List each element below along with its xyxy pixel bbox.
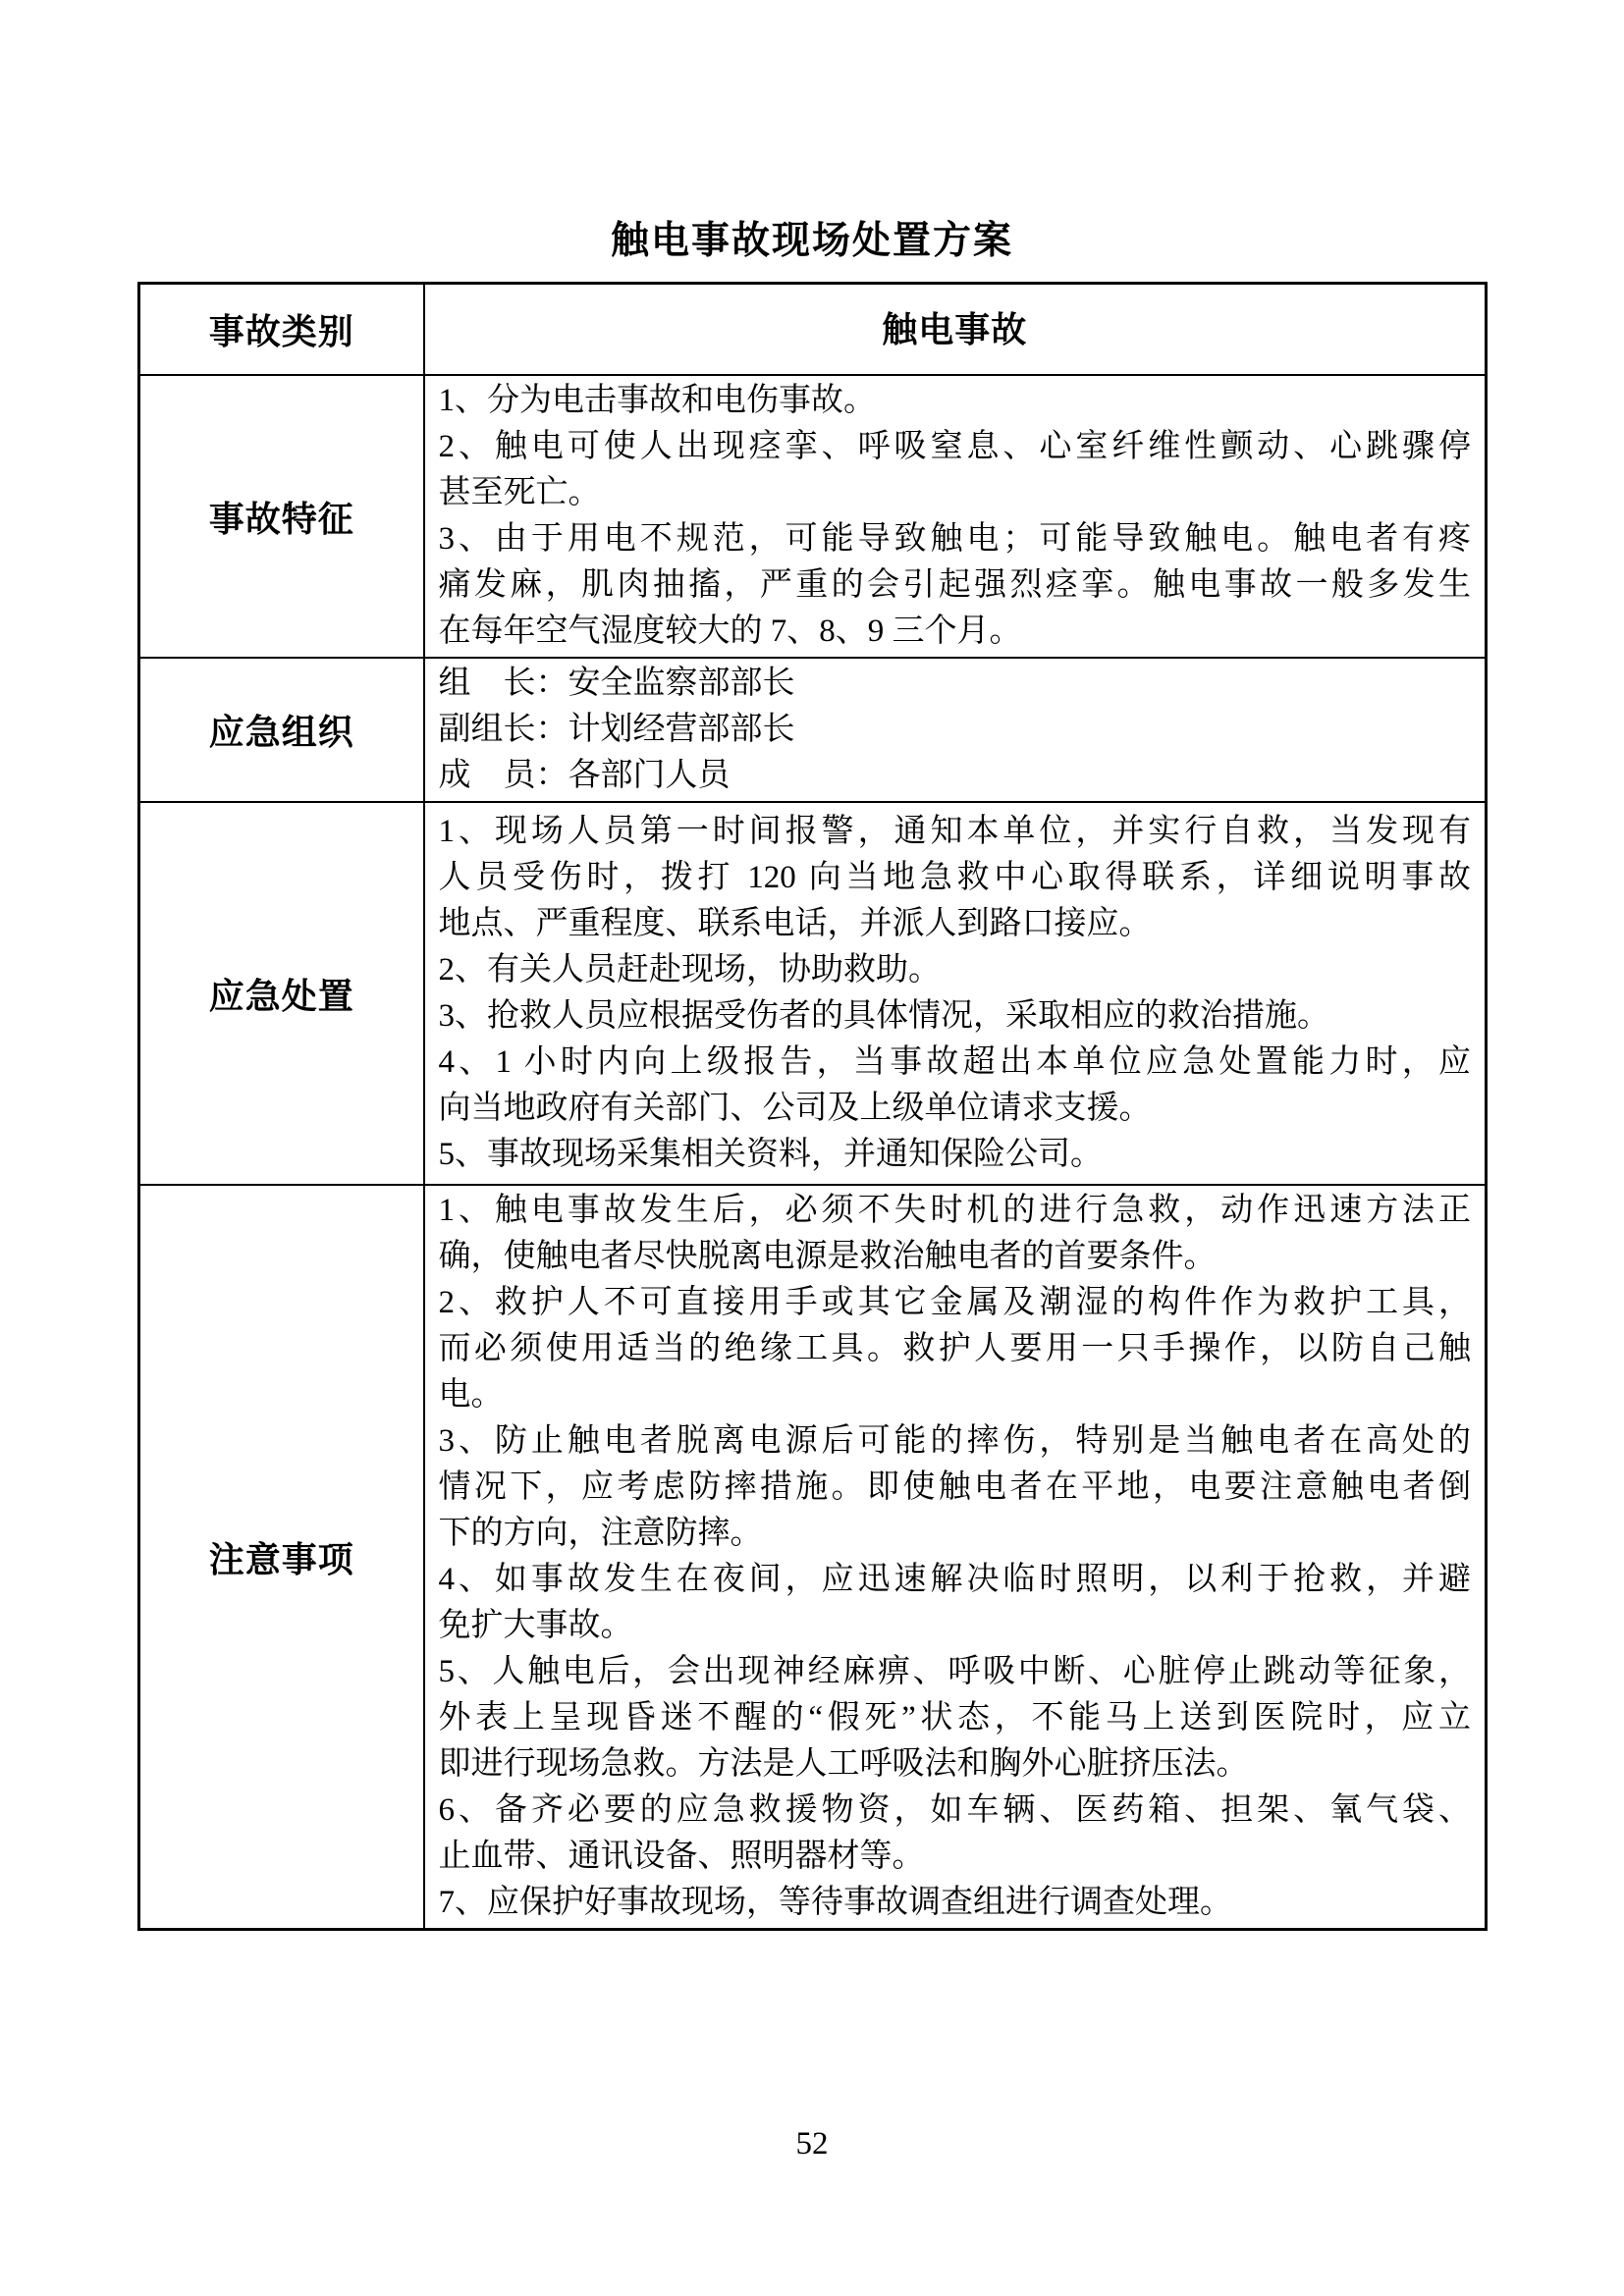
- paragraph: 3、防止触电者脱离电源后可能的摔伤，特别是当触电者在高处的情况下，应考虑防摔措施…: [439, 1418, 1472, 1557]
- text-line: 1、现场人员第一时间报警，通知本单位，并实行自救，当发现有: [439, 809, 1472, 855]
- text-line: 副组长：计划经营部部长: [439, 707, 1472, 753]
- text-line: 6、备齐必要的应急救援物资，如车辆、医药箱、担架、氧气袋、: [439, 1788, 1472, 1834]
- paragraph: 4、如事故发生在夜间，应迅速解决临时照明，以利于抢救，并避免扩大事故。: [439, 1557, 1472, 1649]
- text-line: 向当地政府有关部门、公司及上级单位请求支援。: [439, 1086, 1472, 1132]
- table-row: 注意事项1、触电事故发生后，必须不失时机的进行急救，动作迅速方法正确，使触电者尽…: [139, 1185, 1487, 1930]
- row-content: 1、分为电击事故和电伤事故。2、触电可使人出现痉挛、呼吸窒息、心室纤维性颤动、心…: [424, 375, 1487, 658]
- paragraph: 3、由于用电不规范，可能导致触电；可能导致触电。触电者有疼痛发麻，肌肉抽搐，严重…: [439, 516, 1472, 655]
- paragraph: 成 员：各部门人员: [439, 753, 1472, 799]
- text-line: 痛发麻，肌肉抽搐，严重的会引起强烈痉挛。触电事故一般多发生: [439, 562, 1472, 609]
- row-label: 应急处置: [139, 802, 424, 1185]
- paragraph: 7、应保护好事故现场，等待事故调查组进行调查处理。: [439, 1880, 1472, 1926]
- plan-table-body: 事故类别 触电事故 事故特征1、分为电击事故和电伤事故。2、触电可使人出现痉挛、…: [139, 284, 1487, 1930]
- text-line: 1、分为电击事故和电伤事故。: [439, 378, 1472, 424]
- text-line: 2、触电可使人出现痉挛、呼吸窒息、心室纤维性颤动、心跳骤停: [439, 424, 1472, 470]
- text-line: 5、人触电后，会出现神经麻痹、呼吸中断、心脏停止跳动等征象，: [439, 1649, 1472, 1695]
- text-line: 即进行现场急救。方法是人工呼吸法和胸外心脏挤压法。: [439, 1741, 1472, 1788]
- paragraph: 2、触电可使人出现痉挛、呼吸窒息、心室纤维性颤动、心跳骤停甚至死亡。: [439, 424, 1472, 516]
- header-label-cell: 事故类别: [139, 284, 424, 376]
- paragraph: 组 长：安全监察部部长: [439, 661, 1472, 707]
- paragraph: 1、分为电击事故和电伤事故。: [439, 378, 1472, 424]
- table-header-row: 事故类别 触电事故: [139, 284, 1487, 376]
- table-row: 应急组织组 长：安全监察部部长副组长：计划经营部部长成 员：各部门人员: [139, 658, 1487, 802]
- paragraph: 副组长：计划经营部部长: [439, 707, 1472, 753]
- text-line: 1、触电事故发生后，必须不失时机的进行急救，动作迅速方法正: [439, 1188, 1472, 1234]
- paragraph: 4、1 小时内向上级报告，当事故超出本单位应急处置能力时，应向当地政府有关部门、…: [439, 1040, 1472, 1132]
- text-line: 电。: [439, 1372, 1472, 1418]
- text-line: 确，使触电者尽快脱离电源是救治触电者的首要条件。: [439, 1234, 1472, 1280]
- text-line: 成 员：各部门人员: [439, 753, 1472, 799]
- text-line: 3、抢救人员应根据受伤者的具体情况，采取相应的救治措施。: [439, 993, 1472, 1040]
- document-page: 触电事故现场处置方案 事故类别 触电事故 事故特征1、分为电击事故和电伤事故。2…: [0, 0, 1624, 2296]
- text-line: 5、事故现场采集相关资料，并通知保险公司。: [439, 1132, 1472, 1178]
- paragraph: 5、人触电后，会出现神经麻痹、呼吸中断、心脏停止跳动等征象，外表上呈现昏迷不醒的…: [439, 1649, 1472, 1788]
- text-line: 外表上呈现昏迷不醒的“假死”状态，不能马上送到医院时，应立: [439, 1695, 1472, 1741]
- text-line: 3、防止触电者脱离电源后可能的摔伤，特别是当触电者在高处的: [439, 1418, 1472, 1465]
- text-line: 甚至死亡。: [439, 470, 1472, 516]
- page-number: 52: [0, 2126, 1624, 2163]
- text-line: 在每年空气湿度较大的 7、8、9 三个月。: [439, 609, 1472, 655]
- paragraph: 6、备齐必要的应急救援物资，如车辆、医药箱、担架、氧气袋、止血带、通讯设备、照明…: [439, 1788, 1472, 1880]
- row-label: 事故特征: [139, 375, 424, 658]
- row-label: 注意事项: [139, 1185, 424, 1930]
- text-line: 4、如事故发生在夜间，应迅速解决临时照明，以利于抢救，并避: [439, 1557, 1472, 1603]
- text-line: 3、由于用电不规范，可能导致触电；可能导致触电。触电者有疼: [439, 516, 1472, 562]
- text-line: 下的方向，注意防摔。: [439, 1511, 1472, 1557]
- row-content: 1、触电事故发生后，必须不失时机的进行急救，动作迅速方法正确，使触电者尽快脱离电…: [424, 1185, 1487, 1930]
- text-line: 2、救护人不可直接用手或其它金属及潮湿的构件作为救护工具，: [439, 1280, 1472, 1326]
- text-line: 而必须使用适当的绝缘工具。救护人要用一只手操作，以防自己触: [439, 1326, 1472, 1372]
- text-line: 止血带、通讯设备、照明器材等。: [439, 1834, 1472, 1880]
- table-row: 事故特征1、分为电击事故和电伤事故。2、触电可使人出现痉挛、呼吸窒息、心室纤维性…: [139, 375, 1487, 658]
- paragraph: 3、抢救人员应根据受伤者的具体情况，采取相应的救治措施。: [439, 993, 1472, 1040]
- row-label: 应急组织: [139, 658, 424, 802]
- paragraph: 2、有关人员赶赴现场，协助救助。: [439, 947, 1472, 993]
- text-line: 7、应保护好事故现场，等待事故调查组进行调查处理。: [439, 1880, 1472, 1926]
- row-content: 组 长：安全监察部部长副组长：计划经营部部长成 员：各部门人员: [424, 658, 1487, 802]
- paragraph: 5、事故现场采集相关资料，并通知保险公司。: [439, 1132, 1472, 1178]
- header-value-cell: 触电事故: [424, 284, 1487, 376]
- text-line: 地点、严重程度、联系电话，并派人到路口接应。: [439, 901, 1472, 947]
- document-title: 触电事故现场处置方案: [0, 210, 1624, 265]
- text-line: 组 长：安全监察部部长: [439, 661, 1472, 707]
- table-row: 应急处置1、现场人员第一时间报警，通知本单位，并实行自救，当发现有人员受伤时，拨…: [139, 802, 1487, 1185]
- plan-table: 事故类别 触电事故 事故特征1、分为电击事故和电伤事故。2、触电可使人出现痉挛、…: [137, 282, 1488, 1931]
- paragraph: 1、触电事故发生后，必须不失时机的进行急救，动作迅速方法正确，使触电者尽快脱离电…: [439, 1188, 1472, 1280]
- paragraph: 1、现场人员第一时间报警，通知本单位，并实行自救，当发现有人员受伤时，拨打 12…: [439, 809, 1472, 947]
- text-line: 免扩大事故。: [439, 1603, 1472, 1649]
- text-line: 2、有关人员赶赴现场，协助救助。: [439, 947, 1472, 993]
- text-line: 人员受伤时，拨打 120 向当地急救中心取得联系，详细说明事故: [439, 855, 1472, 901]
- row-content: 1、现场人员第一时间报警，通知本单位，并实行自救，当发现有人员受伤时，拨打 12…: [424, 802, 1487, 1185]
- text-line: 情况下，应考虑防摔措施。即使触电者在平地，电要注意触电者倒: [439, 1465, 1472, 1511]
- text-line: 4、1 小时内向上级报告，当事故超出本单位应急处置能力时，应: [439, 1040, 1472, 1086]
- paragraph: 2、救护人不可直接用手或其它金属及潮湿的构件作为救护工具，而必须使用适当的绝缘工…: [439, 1280, 1472, 1418]
